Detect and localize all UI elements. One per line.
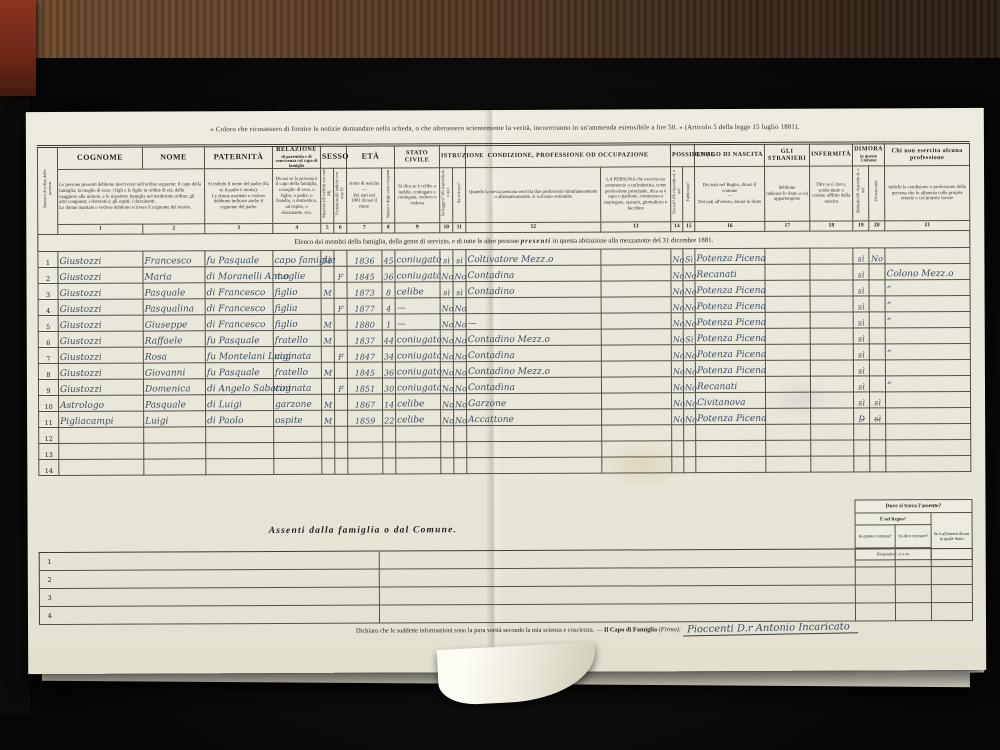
col-num: 2 bbox=[143, 224, 205, 234]
cell-sesso-m: M bbox=[322, 395, 335, 411]
desc-anni-compiuti: Numero degli anni compiuti bbox=[382, 168, 395, 223]
cell-paternita: di Francesco bbox=[205, 315, 273, 331]
cell-paternita: di Luigi bbox=[206, 395, 274, 411]
cell-sesso-f bbox=[335, 459, 348, 475]
cell-fabbricati bbox=[684, 457, 696, 473]
cell-sesso-f bbox=[334, 251, 347, 267]
cell-sa-leggere: No bbox=[440, 266, 453, 282]
column-sesso: SESSO bbox=[320, 145, 346, 168]
cell-chi-non-esercita bbox=[886, 392, 971, 408]
cell-paternita: fu Pasquale bbox=[205, 363, 273, 379]
cell-condizione-13 bbox=[601, 361, 671, 377]
cell-chi-non-esercita bbox=[886, 408, 971, 424]
box-title: Dove si trova l'assente? bbox=[855, 499, 972, 513]
cell-sesso-f bbox=[335, 395, 348, 411]
cell-infermita bbox=[810, 328, 853, 344]
cell-stato-civile: coniugato bbox=[395, 330, 440, 346]
cell-anni bbox=[383, 426, 396, 442]
cell-chi-non-esercita: ” bbox=[885, 312, 970, 328]
cell-row-number: 5 bbox=[38, 316, 58, 332]
cell-infermita bbox=[810, 312, 853, 328]
col-num: 4 bbox=[273, 224, 321, 234]
cell-terreni bbox=[672, 441, 684, 457]
cell-condizione-13 bbox=[601, 265, 671, 281]
cell-sa-scrivere: No bbox=[453, 346, 466, 362]
cell-anni: 8 bbox=[382, 282, 395, 298]
cell-dimora-occasionale: s̶ì̶ bbox=[870, 408, 886, 424]
cell-dimora-occasionale bbox=[870, 424, 886, 440]
cell-relazione bbox=[274, 443, 322, 459]
col-num: 20 bbox=[869, 221, 885, 231]
cell-dimora-abituale bbox=[854, 456, 870, 472]
cell-nome: Giovanni bbox=[143, 363, 205, 379]
cell-stato-civile: — bbox=[395, 298, 440, 314]
col-num: 3 bbox=[205, 224, 273, 234]
cell-fabbricati: No bbox=[684, 409, 696, 425]
col-num: 10 bbox=[440, 223, 453, 233]
cell-nome: Pasquale bbox=[143, 283, 205, 299]
cell-condizione bbox=[467, 425, 602, 442]
cell-chi-non-esercita: ” bbox=[885, 280, 970, 296]
cell-row-number: 12 bbox=[39, 428, 59, 444]
cell-condizione-13 bbox=[601, 281, 671, 297]
cell-sesso-f: F bbox=[334, 379, 347, 395]
cell-infermita bbox=[811, 456, 854, 472]
cell-dimora-occasionale bbox=[869, 344, 885, 360]
absent-cell bbox=[855, 585, 895, 603]
cell-anno-nascita: 1859 bbox=[348, 410, 383, 426]
cell-sa-scrivere: No bbox=[454, 394, 467, 410]
cell-terreni: No bbox=[671, 249, 683, 265]
cell-anni bbox=[383, 442, 396, 458]
cell-stranieri bbox=[765, 361, 810, 377]
cell-infermita bbox=[811, 440, 854, 456]
cell-sesso-m bbox=[321, 267, 334, 283]
absent-cell bbox=[931, 566, 972, 584]
cell-condizione: Contadina bbox=[466, 377, 601, 394]
desc-relazione: Dicasi se la persona è il capo della fam… bbox=[273, 169, 321, 224]
col-num: 6 bbox=[334, 224, 347, 234]
cell-sa-scrivere: No bbox=[453, 330, 466, 346]
declaration-text: Dichiaro che le suddette informazioni so… bbox=[356, 627, 602, 635]
cell-condizione: Accattone bbox=[467, 409, 602, 426]
cell-condizione: Coltivatore Mezz.o bbox=[466, 249, 601, 266]
cell-relazione bbox=[274, 459, 322, 475]
cell-terreni: No bbox=[672, 409, 684, 425]
cell-row-number: 10 bbox=[39, 396, 59, 412]
cell-dimora-abituale: D̶ bbox=[854, 408, 870, 424]
cell-stranieri bbox=[765, 281, 810, 297]
cell-anni: 1 bbox=[382, 314, 395, 330]
cell-anno-nascita: 1845 bbox=[347, 362, 382, 378]
cell-nome: Rosa bbox=[143, 347, 205, 363]
cell-sesso-m: M bbox=[321, 363, 334, 379]
cell-chi-non-esercita bbox=[885, 360, 970, 376]
cell-sa-scrivere: No bbox=[453, 314, 466, 330]
absent-cell bbox=[59, 569, 379, 588]
desc-chi-non-esercita: indichi la condizione o professione dell… bbox=[885, 166, 970, 221]
cell-fabbricati: No bbox=[683, 281, 695, 297]
cell-paternita: di Francesco bbox=[205, 299, 273, 315]
cell-stranieri bbox=[765, 377, 810, 393]
cell-cognome: Giustozzi bbox=[58, 299, 143, 315]
cell-luogo-nascita: Potenza Picena bbox=[695, 281, 765, 297]
cell-anno-nascita: 1847 bbox=[347, 346, 382, 362]
cell-paternita bbox=[206, 459, 274, 475]
cell-chi-non-esercita bbox=[885, 328, 970, 344]
cell-chi-non-esercita: ” bbox=[886, 376, 971, 392]
col-num: 21 bbox=[885, 221, 970, 231]
cell-anno-nascita: 1877 bbox=[347, 298, 382, 314]
cell-paternita: fu Montelani Luigi bbox=[205, 347, 273, 363]
cell-infermita bbox=[811, 392, 854, 408]
cell-dimora-occasionale bbox=[870, 456, 886, 472]
box-questo-comune: In questo comune? bbox=[855, 525, 895, 548]
column-istruzione: ISTRUZIONE bbox=[439, 145, 465, 168]
desc-dimora-occasionale: Occasionale bbox=[869, 166, 885, 221]
cell-chi-non-esercita bbox=[886, 440, 971, 456]
desc-condizione-12: Quando la stessa persona esercita due pr… bbox=[466, 167, 601, 223]
cell-anni: 34 bbox=[382, 346, 395, 362]
desc-terreni: Terreni? (Si risponda sì, o no) bbox=[671, 167, 683, 222]
cell-stranieri bbox=[765, 249, 810, 265]
cell-relazione: figlio bbox=[273, 315, 321, 331]
cell-dimora-abituale: sì bbox=[853, 360, 869, 376]
cell-sesso-m: M bbox=[321, 283, 334, 299]
cell-relazione: garzone bbox=[274, 395, 322, 411]
cell-relazione bbox=[274, 427, 322, 443]
cell-fabbricati bbox=[684, 441, 696, 457]
cell-cognome: Giustozzi bbox=[58, 347, 143, 363]
cell-paternita: di Moranelli Ant.o bbox=[205, 267, 273, 283]
cell-anno-nascita: 1845 bbox=[347, 266, 382, 282]
col-num: 9 bbox=[395, 223, 440, 233]
col-num: 15 bbox=[683, 222, 695, 232]
scene-background: { "scene": { "warning": "« Coloro che ri… bbox=[0, 0, 1000, 750]
cell-anni: 45 bbox=[382, 250, 395, 266]
cell-cognome: Giustozzi bbox=[58, 379, 143, 395]
cell-chi-non-esercita bbox=[885, 248, 970, 264]
cell-sa-leggere: No bbox=[440, 346, 453, 362]
cell-condizione bbox=[467, 441, 602, 458]
cell-row-number: 11 bbox=[39, 412, 59, 428]
column-infermita: INFERMITÀ bbox=[809, 143, 852, 167]
cell-cognome bbox=[59, 459, 144, 475]
cell-terreni bbox=[672, 457, 684, 473]
column-cognome: COGNOME bbox=[57, 146, 142, 170]
cell-dimora-occasionale bbox=[869, 312, 885, 328]
desc-luogo-nascita: Dei nati nel Regno, dicasi il comune — D… bbox=[695, 167, 765, 222]
absent-row-number: 2 bbox=[39, 570, 59, 588]
cell-terreni bbox=[672, 425, 684, 441]
cell-condizione: Contadina bbox=[466, 345, 601, 362]
cell-luogo-nascita: Civitanova bbox=[696, 393, 766, 409]
desc-sesso-f: Femmina (Si indichi con una F) bbox=[334, 169, 347, 224]
cell-sesso-m bbox=[322, 427, 335, 443]
cell-relazione: figlio bbox=[273, 283, 321, 299]
absent-cell bbox=[895, 603, 931, 621]
cell-row-number: 4 bbox=[38, 300, 58, 316]
cell-sa-leggere bbox=[441, 426, 454, 442]
cell-chi-non-esercita bbox=[886, 424, 971, 440]
cell-anno-nascita: 1837 bbox=[347, 330, 382, 346]
cell-anni: 22 bbox=[383, 410, 396, 426]
cell-nome bbox=[144, 443, 206, 459]
cell-row-number: 14 bbox=[39, 460, 59, 476]
cell-condizione: Contadino Mezz.o bbox=[466, 329, 601, 346]
cell-chi-non-esercita bbox=[886, 456, 971, 472]
cell-relazione: cognata bbox=[273, 379, 321, 395]
cell-dimora-abituale: sì bbox=[853, 376, 869, 392]
cell-dimora-abituale: sì bbox=[853, 312, 869, 328]
desc-stranieri: debbono indicare lo Stato a cui apparten… bbox=[765, 167, 810, 222]
cell-nome: Pasqualina bbox=[143, 299, 205, 315]
absent-row-number: 4 bbox=[39, 606, 59, 624]
cell-sa-scrivere: No bbox=[453, 378, 466, 394]
cell-sa-leggere bbox=[441, 442, 454, 458]
desc-sa-scrivere: Sa scrivere? bbox=[453, 168, 466, 223]
desc-cognome-nome: Le persone presenti debbono inscriversi … bbox=[58, 169, 205, 225]
cell-stranieri bbox=[766, 409, 811, 425]
absent-cell bbox=[59, 587, 379, 606]
cell-fabbricati: No bbox=[683, 345, 695, 361]
col-num: 17 bbox=[765, 222, 810, 232]
cell-dimora-occasionale bbox=[869, 376, 885, 392]
cell-dimora-occasionale: No bbox=[869, 248, 885, 264]
cell-sesso-f: F bbox=[334, 267, 347, 283]
cell-anni: 4 bbox=[382, 298, 395, 314]
col-num: 16 bbox=[695, 222, 765, 232]
cell-anno-nascita bbox=[348, 426, 383, 442]
cell-infermita bbox=[810, 248, 853, 264]
cell-row-number: 2 bbox=[38, 268, 58, 284]
cell-terreni: No bbox=[671, 281, 683, 297]
cell-condizione: — bbox=[466, 313, 601, 330]
cell-luogo-nascita: Potenza Picena bbox=[695, 297, 765, 313]
cell-terreni: No bbox=[671, 329, 683, 345]
desc-paternita: Si indichi il nome del padre (fu, se il … bbox=[205, 169, 273, 224]
census-form-sheet: « Coloro che ricusassero di fornire le n… bbox=[26, 108, 986, 674]
cell-sesso-f bbox=[334, 315, 347, 331]
cell-cognome: Giustozzi bbox=[58, 283, 143, 299]
declaration-line: Dichiaro che le suddette informazioni so… bbox=[356, 622, 978, 637]
cell-row-number: 6 bbox=[38, 332, 58, 348]
cell-paternita bbox=[206, 427, 274, 443]
cell-luogo-nascita: Recanati bbox=[695, 377, 765, 393]
cell-row-number: 7 bbox=[38, 348, 58, 364]
cell-anno-nascita bbox=[348, 458, 383, 474]
cell-luogo-nascita bbox=[696, 441, 766, 457]
cell-relazione: fratello bbox=[273, 331, 321, 347]
cell-anni: 36 bbox=[382, 266, 395, 282]
absent-cell bbox=[931, 584, 972, 602]
cell-sesso-f bbox=[334, 331, 347, 347]
cell-cognome bbox=[59, 443, 144, 459]
absent-cell bbox=[59, 551, 379, 570]
col-num: 12 bbox=[466, 222, 601, 233]
cell-stranieri bbox=[765, 313, 810, 329]
cell-nome: Raffaele bbox=[143, 331, 205, 347]
cell-fabbricati: No bbox=[683, 265, 695, 281]
cell-relazione: ospite bbox=[274, 411, 322, 427]
cell-sesso-m bbox=[322, 459, 335, 475]
cell-paternita: di Paolo bbox=[206, 411, 274, 427]
col-num: 7 bbox=[347, 223, 382, 233]
cell-fabbricati: No bbox=[683, 313, 695, 329]
cell-dimora-abituale bbox=[854, 424, 870, 440]
absent-row-number: 1 bbox=[39, 552, 59, 570]
cell-chi-non-esercita: ” bbox=[885, 344, 970, 360]
cell-sa-scrivere: No bbox=[453, 266, 466, 282]
assenti-section-heading: Assenti dalla famiglia o dal Comune. bbox=[28, 524, 699, 537]
cell-stato-civile bbox=[396, 442, 441, 458]
cell-stranieri bbox=[765, 329, 810, 345]
cell-anni: 14 bbox=[383, 394, 396, 410]
box-altro-comune: In altro comune? bbox=[895, 525, 931, 548]
cell-dimora-abituale bbox=[854, 440, 870, 456]
cell-terreni: No bbox=[671, 313, 683, 329]
cell-luogo-nascita: Potenza Picena bbox=[696, 409, 766, 425]
column-eta: ETÀ bbox=[346, 145, 394, 169]
cell-condizione-13 bbox=[602, 441, 672, 457]
cell-condizione-13 bbox=[601, 297, 671, 313]
cell-condizione-13 bbox=[601, 313, 671, 329]
cell-terreni: No bbox=[671, 297, 683, 313]
cell-dimora-abituale: sì bbox=[853, 248, 869, 264]
cell-nome: Francesco bbox=[143, 251, 205, 267]
cell-row-number: 3 bbox=[38, 284, 58, 300]
cell-stranieri bbox=[765, 345, 810, 361]
cell-sa-scrivere bbox=[454, 442, 467, 458]
cell-sa-leggere: sì bbox=[440, 282, 453, 298]
column-nome: NOME bbox=[142, 146, 204, 170]
cell-row-number: 13 bbox=[39, 444, 59, 460]
cell-cognome: Astrologo bbox=[59, 395, 144, 411]
desc-dimora-abituale: Abituale (Si risponda sì, o no) bbox=[853, 166, 869, 221]
column-number-order: Numero d'ordine delle persone bbox=[37, 146, 57, 234]
cell-condizione-13 bbox=[601, 377, 671, 393]
cell-terreni: No bbox=[671, 361, 683, 377]
cell-sesso-f: F bbox=[334, 347, 347, 363]
cell-luogo-nascita bbox=[696, 457, 766, 473]
column-paternita: PATERNITÀ bbox=[204, 146, 272, 170]
cell-paternita bbox=[206, 443, 274, 459]
cell-fabbricati bbox=[684, 425, 696, 441]
cell-sa-scrivere: No bbox=[454, 410, 467, 426]
cell-row-number: 8 bbox=[38, 364, 58, 380]
cell-condizione-13 bbox=[602, 393, 672, 409]
cell-condizione: Contadino Mezz.o bbox=[466, 361, 601, 378]
cell-sa-scrivere: sì bbox=[453, 250, 466, 266]
cell-sesso-f bbox=[335, 411, 348, 427]
cell-chi-non-esercita: ” bbox=[885, 296, 970, 312]
cell-stranieri bbox=[766, 425, 811, 441]
cell-luogo-nascita: Potenza Picena bbox=[695, 313, 765, 329]
cell-dimora-abituale: sì bbox=[853, 344, 869, 360]
desc-condizione-13: LA PERSONA che esercita un commercio o u… bbox=[601, 167, 671, 222]
cell-stato-civile: — bbox=[395, 314, 440, 330]
absent-cell bbox=[931, 602, 972, 620]
cell-nome: Pasquale bbox=[144, 395, 206, 411]
cell-nome: Domenica bbox=[143, 379, 205, 395]
assenti-rows-table: 1234 bbox=[39, 548, 973, 625]
cell-luogo-nascita: Recanati bbox=[695, 265, 765, 281]
cell-row-number: 1 bbox=[38, 252, 58, 268]
cell-sesso-f: F bbox=[334, 299, 347, 315]
col-num: 13 bbox=[601, 222, 671, 232]
cell-condizione bbox=[467, 457, 602, 474]
cell-dimora-abituale: sì bbox=[853, 264, 869, 280]
cell-condizione bbox=[466, 297, 601, 314]
cell-luogo-nascita bbox=[696, 425, 766, 441]
cell-infermita bbox=[811, 424, 854, 440]
cell-terreni: No bbox=[671, 345, 683, 361]
column-stranieri: GLI STRANIERI bbox=[764, 143, 809, 167]
cell-paternita: di Francesco bbox=[205, 283, 273, 299]
cell-dimora-occasionale bbox=[870, 440, 886, 456]
cell-sa-leggere: No bbox=[440, 314, 453, 330]
cell-nome bbox=[144, 459, 206, 475]
cell-anni: 44 bbox=[382, 330, 395, 346]
cell-relazione: figlia bbox=[273, 299, 321, 315]
cell-sesso-f bbox=[334, 283, 347, 299]
cell-anni: 30 bbox=[382, 378, 395, 394]
cell-sa-leggere: No bbox=[441, 394, 454, 410]
cell-sa-leggere: No bbox=[441, 410, 454, 426]
cell-terreni: No bbox=[672, 393, 684, 409]
cell-sa-scrivere: sì bbox=[453, 282, 466, 298]
cell-dimora-occasionale bbox=[869, 360, 885, 376]
cell-infermita bbox=[810, 360, 853, 376]
absent-cell bbox=[59, 605, 379, 624]
cell-sesso-m: M bbox=[321, 331, 334, 347]
absent-cell bbox=[895, 585, 931, 603]
cell-infermita bbox=[810, 264, 853, 280]
cell-sesso-m: M bbox=[321, 315, 334, 331]
cell-sesso-m bbox=[321, 347, 334, 363]
desc-sesso-m: Maschio (Si indichi con una M) bbox=[321, 169, 334, 224]
absent-cell bbox=[855, 603, 895, 621]
cell-anno-nascita: 1880 bbox=[347, 314, 382, 330]
cell-relazione: cognata bbox=[273, 347, 321, 363]
cell-stranieri bbox=[765, 265, 810, 281]
col-num: 19 bbox=[853, 221, 869, 231]
col-num: 18 bbox=[810, 221, 853, 231]
cell-condizione-13 bbox=[601, 345, 671, 361]
cell-relazione: capo famiglia bbox=[273, 251, 321, 267]
cell-condizione: Contadina bbox=[466, 265, 601, 282]
cell-dimora-occasionale bbox=[869, 280, 885, 296]
cell-sa-scrivere bbox=[454, 458, 467, 474]
cell-stranieri bbox=[766, 393, 811, 409]
cell-anni bbox=[383, 458, 396, 474]
cell-stato-civile: coniugata bbox=[395, 346, 440, 362]
cell-relazione: moglie bbox=[273, 267, 321, 283]
cell-fabbricati: Sì bbox=[683, 329, 695, 345]
absent-cell bbox=[855, 549, 895, 567]
cell-paternita: fu Pasquale bbox=[205, 331, 273, 347]
cell-condizione: Contadino bbox=[466, 281, 601, 298]
cell-sa-leggere: No bbox=[440, 298, 453, 314]
cell-sa-leggere: sì bbox=[440, 250, 453, 266]
cell-sa-leggere: No bbox=[440, 330, 453, 346]
cell-paternita: di Angelo Sabatini bbox=[205, 379, 273, 395]
col-num: 14 bbox=[671, 222, 683, 232]
cell-cognome: Giustozzi bbox=[58, 363, 143, 379]
cell-infermita bbox=[810, 344, 853, 360]
firma-label: (Firma): bbox=[659, 626, 681, 633]
absent-row-number: 3 bbox=[39, 588, 59, 606]
